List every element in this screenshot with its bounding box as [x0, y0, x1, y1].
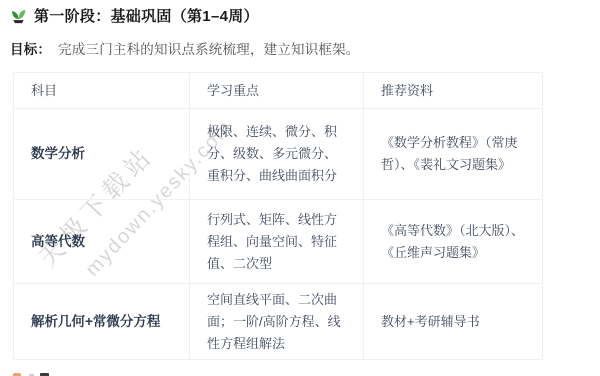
table-row: 高等代数 行列式、矩阵、线性方程组、向量空间、特征值、二次型 《高等代数》（北大… [14, 200, 543, 284]
seedling-icon [10, 7, 27, 24]
table-row: 解析几何+常微分方程 空间直线平面、二次曲面；一阶/高阶方程、线性方程组解法 教… [14, 284, 543, 360]
subject-cell: 数学分析 [14, 109, 190, 200]
subject-cell: 高等代数 [14, 200, 190, 284]
materials-cell: 《高等代数》（北大版）、《丘维声习题集》 [364, 200, 543, 284]
column-header-focus: 学习重点 [190, 73, 364, 109]
section-title: 第一阶段：基础巩固（第1–4周） [10, 5, 259, 26]
materials-cell: 教材+考研辅导书 [364, 284, 543, 360]
table-header-row: 科目 学习重点 推荐资料 [14, 73, 543, 109]
next-section-cutoff [13, 372, 73, 376]
section-title-text: 第一阶段：基础巩固（第1–4周） [34, 5, 259, 26]
column-header-subject: 科目 [14, 73, 190, 109]
goal-text: 完成三门主科的知识点系统梳理，建立知识框架。 [58, 42, 359, 57]
materials-cell: 《数学分析教程》（常庚哲）、《裴礼文习题集》 [364, 109, 543, 200]
column-header-materials: 推荐资料 [364, 73, 543, 109]
table-row: 数学分析 极限、连续、微分、积分、级数、多元微分、重积分、曲线曲面积分 《数学分… [14, 109, 543, 200]
goal-label: 目标： [10, 42, 51, 57]
focus-cell: 极限、连续、微分、积分、级数、多元微分、重积分、曲线曲面积分 [190, 109, 364, 200]
focus-cell: 空间直线平面、二次曲面；一阶/高阶方程、线性方程组解法 [190, 284, 364, 360]
focus-cell: 行列式、矩阵、线性方程组、向量空间、特征值、二次型 [190, 200, 364, 284]
goal-line: 目标：完成三门主科的知识点系统梳理，建立知识框架。 [10, 38, 360, 58]
study-plan-table: 科目 学习重点 推荐资料 数学分析 极限、连续、微分、积分、级数、多元微分、重积… [13, 72, 543, 360]
subject-cell: 解析几何+常微分方程 [14, 284, 190, 360]
